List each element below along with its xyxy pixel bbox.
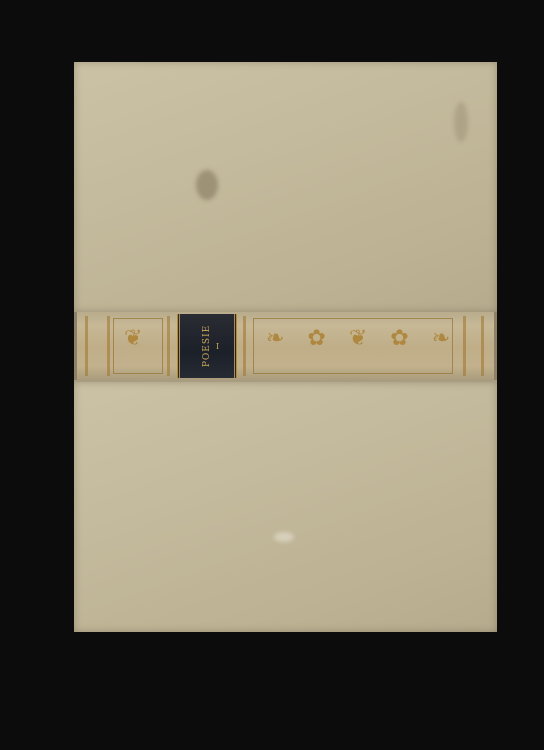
stain (454, 102, 468, 142)
spine-panel: ❧ ✿ ❦ ✿ ❧ (253, 318, 453, 374)
spine-title: POESIE (202, 325, 212, 367)
spine-band (243, 316, 246, 376)
spine-band (85, 316, 88, 376)
spine-ornament: ❧ ✿ ❦ ✿ ❧ (266, 315, 458, 363)
back-board (74, 380, 497, 632)
front-board (74, 62, 497, 314)
spine-ornament: ❦ (124, 315, 142, 363)
spine-band (107, 316, 110, 376)
stain (196, 170, 218, 200)
spine-band (167, 316, 170, 376)
spine-panel: ❦ (113, 318, 163, 374)
book-spine: ❦ POESIE I ❧ ✿ ❦ ✿ ❧ (74, 312, 497, 380)
stain (274, 532, 294, 542)
spine-title-label: POESIE I (177, 314, 237, 378)
spine-volume: I (216, 342, 219, 351)
spine-band (481, 316, 484, 376)
spine-band (463, 316, 466, 376)
book: ❦ POESIE I ❧ ✿ ❦ ✿ ❧ (74, 62, 497, 630)
